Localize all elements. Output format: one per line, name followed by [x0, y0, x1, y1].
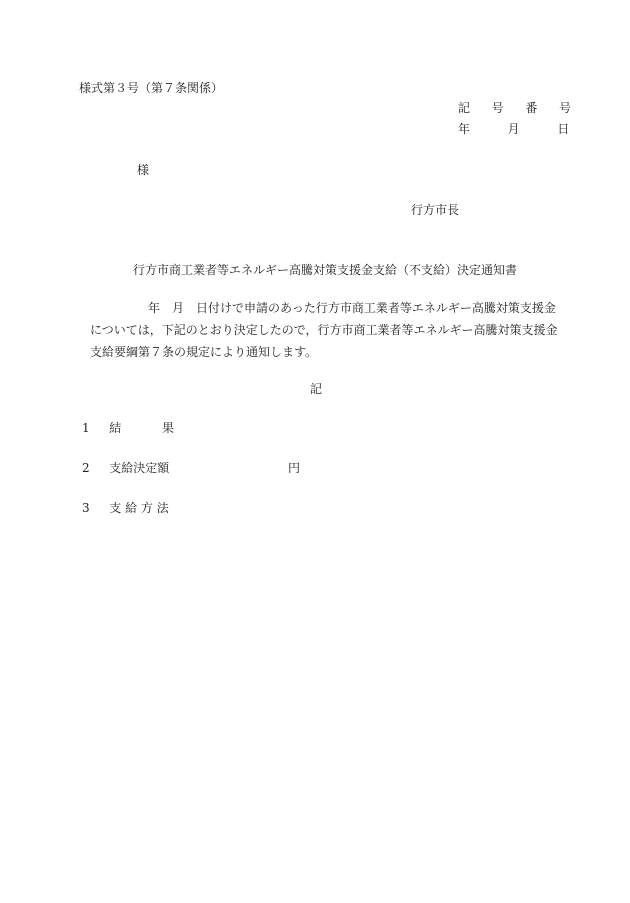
body-line-2: については，下記のとおり決定したので，行方市商工業者等エネルギー高騰対策支援金: [90, 323, 558, 337]
record-number-char: 号: [559, 101, 571, 115]
item-label: 支 給 方 法: [109, 501, 168, 515]
date-year: 年: [458, 122, 470, 136]
record-number-char: 記: [458, 101, 470, 115]
item-number: 1: [82, 421, 90, 435]
issuer: 行方市長: [411, 203, 459, 217]
item-number: 2: [82, 461, 90, 475]
date-month: 月: [508, 122, 520, 136]
body-line-3: 支給要綱第７条の規定により通知します。: [90, 345, 317, 359]
ki-heading: 記: [310, 382, 322, 396]
item-2: 2 支給決定額: [82, 461, 169, 475]
item-1: 1 結 果: [82, 421, 174, 435]
record-number-char: 号: [492, 101, 504, 115]
item-label: 果: [162, 421, 174, 435]
date-line: 年 月 日: [458, 122, 569, 136]
body-line-1: 年 月 日付けで申請のあった行方市商工業者等エネルギー高騰対策支援金: [148, 301, 556, 315]
date-day: 日: [557, 122, 569, 136]
document-title: 行方市商工業者等エネルギー高騰対策支援金支給（不支給）決定通知書: [133, 263, 517, 277]
addressee-suffix: 様: [137, 163, 149, 177]
form-label: 様式第３号（第７条関係）: [79, 81, 223, 95]
item-number: 3: [82, 501, 90, 515]
record-number-char: 番: [525, 101, 537, 115]
item-label: 結: [109, 421, 121, 435]
item-label: 支給決定額: [109, 461, 169, 475]
record-number: 記 号 番 号: [458, 101, 571, 115]
item-3: 3 支 給 方 法: [82, 501, 169, 515]
amount-unit: 円: [288, 461, 300, 475]
